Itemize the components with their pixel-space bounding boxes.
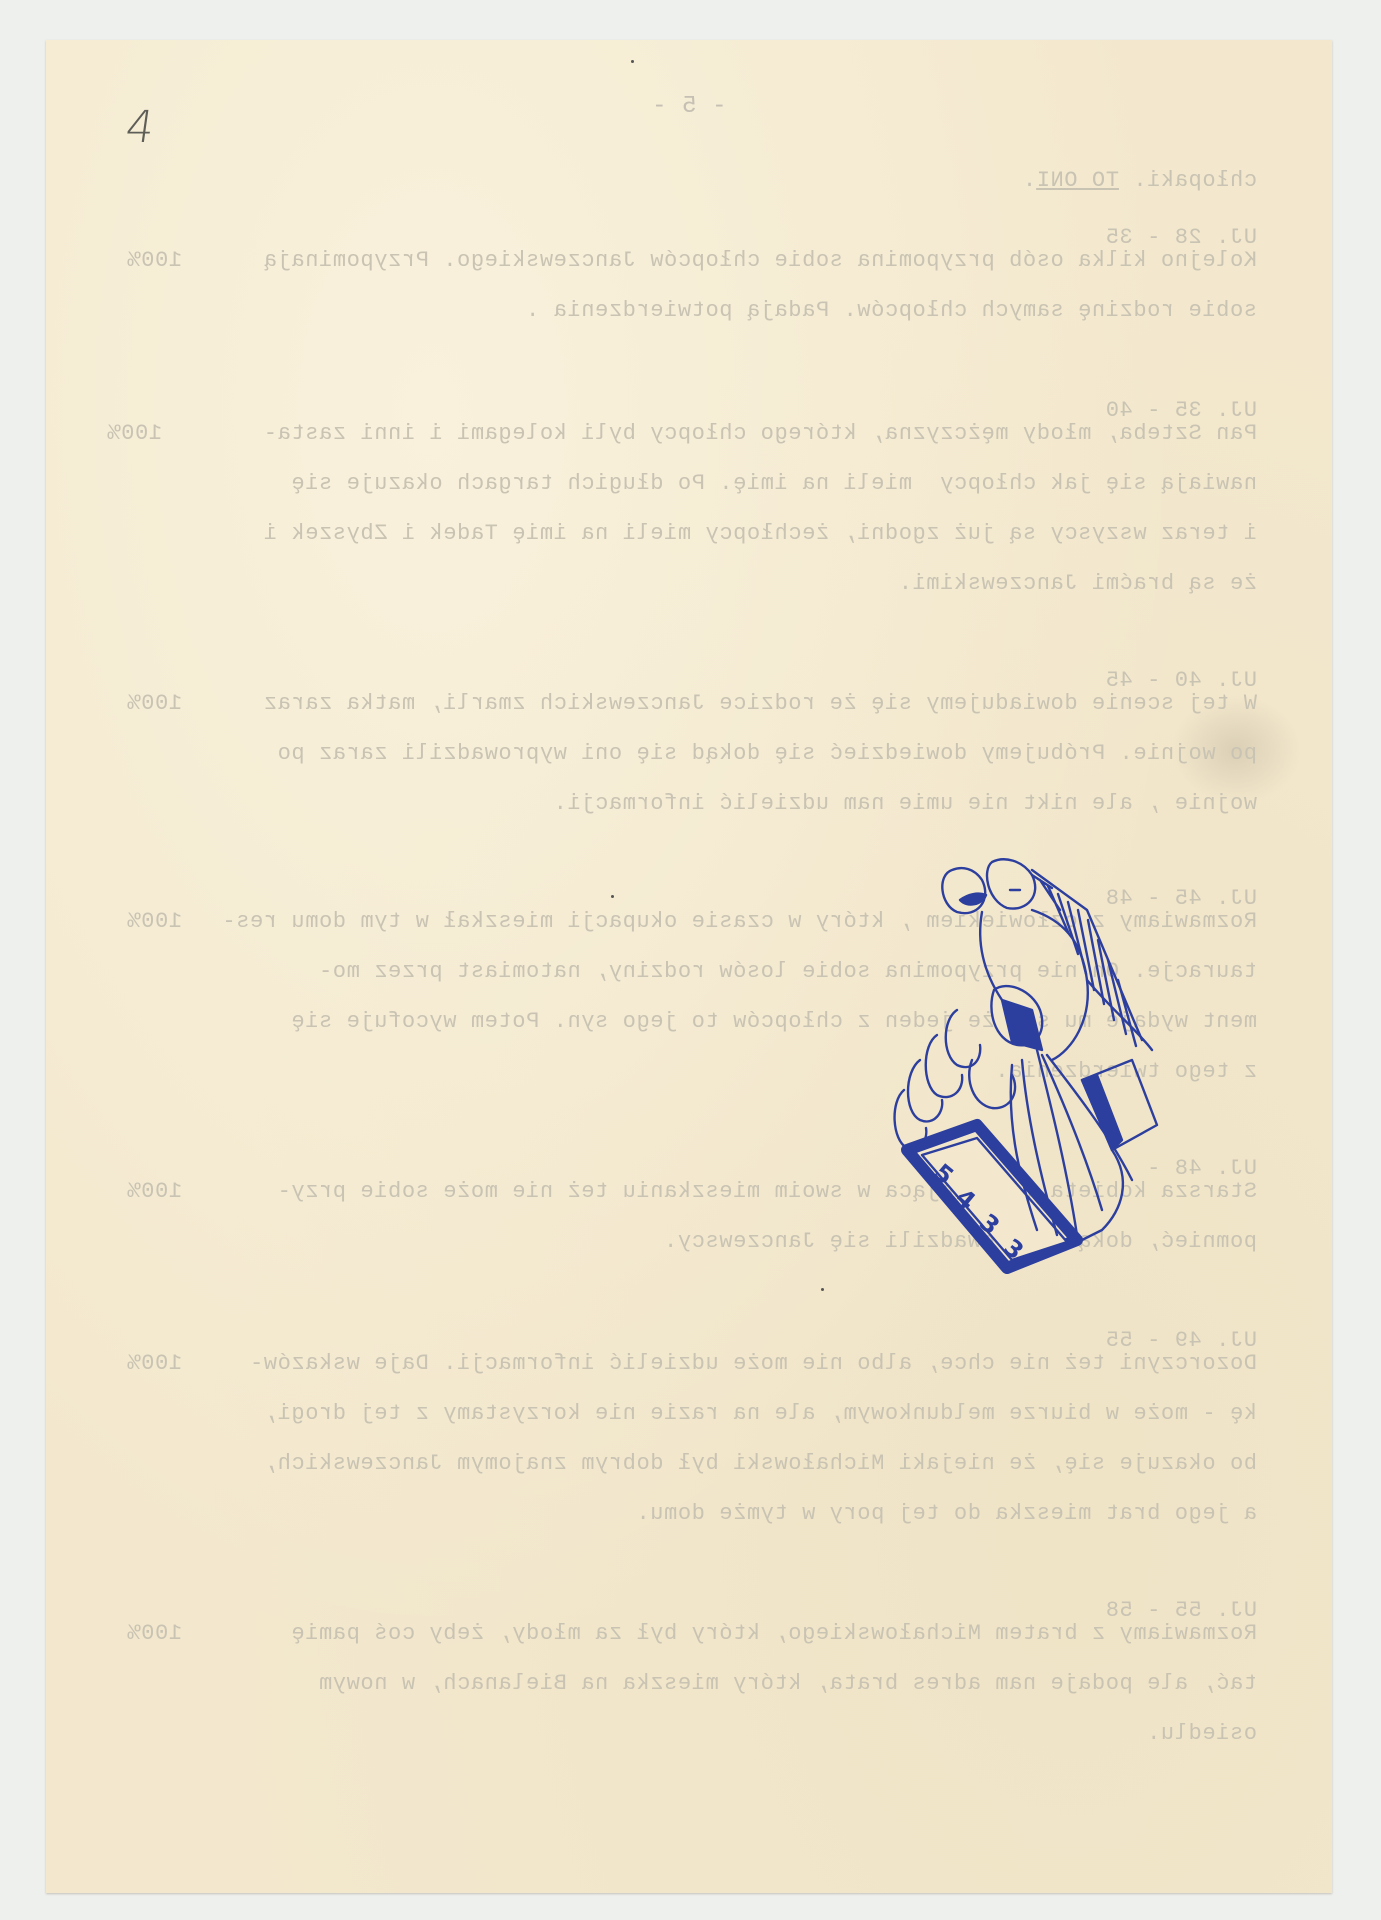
section-percent: 100% [127,911,182,933]
section-line: Rozmawiamy z bratem Michałowskiego, któr… [291,1623,1257,1645]
section-ref: UJ. 48 - [1147,1158,1257,1180]
section-percent: 100% [127,1623,182,1645]
underlined-phrase: TO ONI [1036,168,1119,193]
section-line: Kolejno kilka osób przypomina sobie chło… [263,250,1257,272]
section-line: sobie rodzinę samych chłopców. Padają po… [525,300,1257,322]
speck [611,895,614,898]
hand-drawing-icon: 5 4 3 3 [882,850,1162,1280]
section-percent: 100% [107,423,162,445]
section-line: W tej scenie dowiadujemy się że rodzice … [263,693,1257,715]
section-line: bo okazuje się, że niejaki Michałowski b… [263,1453,1257,1475]
section-line: Pan Szteba, młody mężczyzna, którego chł… [263,423,1257,445]
section-percent: 100% [127,1181,182,1203]
section-percent: 100% [127,250,182,272]
section-percent: 100% [127,1353,182,1375]
section-ref: UJ. 35 - 40 [1105,400,1257,422]
section-ref: UJ. 28 - 35 [1105,227,1257,249]
speck [821,1288,824,1291]
section-percent: 100% [127,693,182,715]
section-line: wojnie , ale nikt nie umie nam udzielić … [553,793,1257,815]
typed-page-number: - 5 - [46,95,1332,119]
section-ref: UJ. 55 - 58 [1105,1600,1257,1622]
speck [631,60,634,63]
document-page: 4 - 5 - chłopaki. TO ONI. UJ. 28 - 35 Ko… [46,40,1332,1893]
section-line: nawiają się jak chłopcy mieli na imię. P… [291,473,1257,495]
section-line: a jego brat mieszka do tej pory w tymże … [636,1503,1257,1525]
section-line: tać, ale podaje nam adres brata, który m… [318,1673,1257,1695]
section-line: Dozorczyni też nie chce, albo nie może u… [249,1353,1257,1375]
section-line: kę - może w biurze meldunkowym, ale na r… [263,1403,1257,1425]
section-line: osiedlu. [1147,1723,1257,1745]
section-line: że są braćmi Janczewskimi. [898,573,1257,595]
section-ref: UJ. 40 - 45 [1105,670,1257,692]
section-ref: UJ. 49 - 55 [1105,1330,1257,1352]
section-line: i teraz wszyscy są już zgodni, żechłopcy… [263,523,1257,545]
section-line: po wojnie. Próbujemy dowiedzieć się doką… [277,743,1257,765]
opening-line: chłopaki. TO ONI. [1022,170,1257,192]
